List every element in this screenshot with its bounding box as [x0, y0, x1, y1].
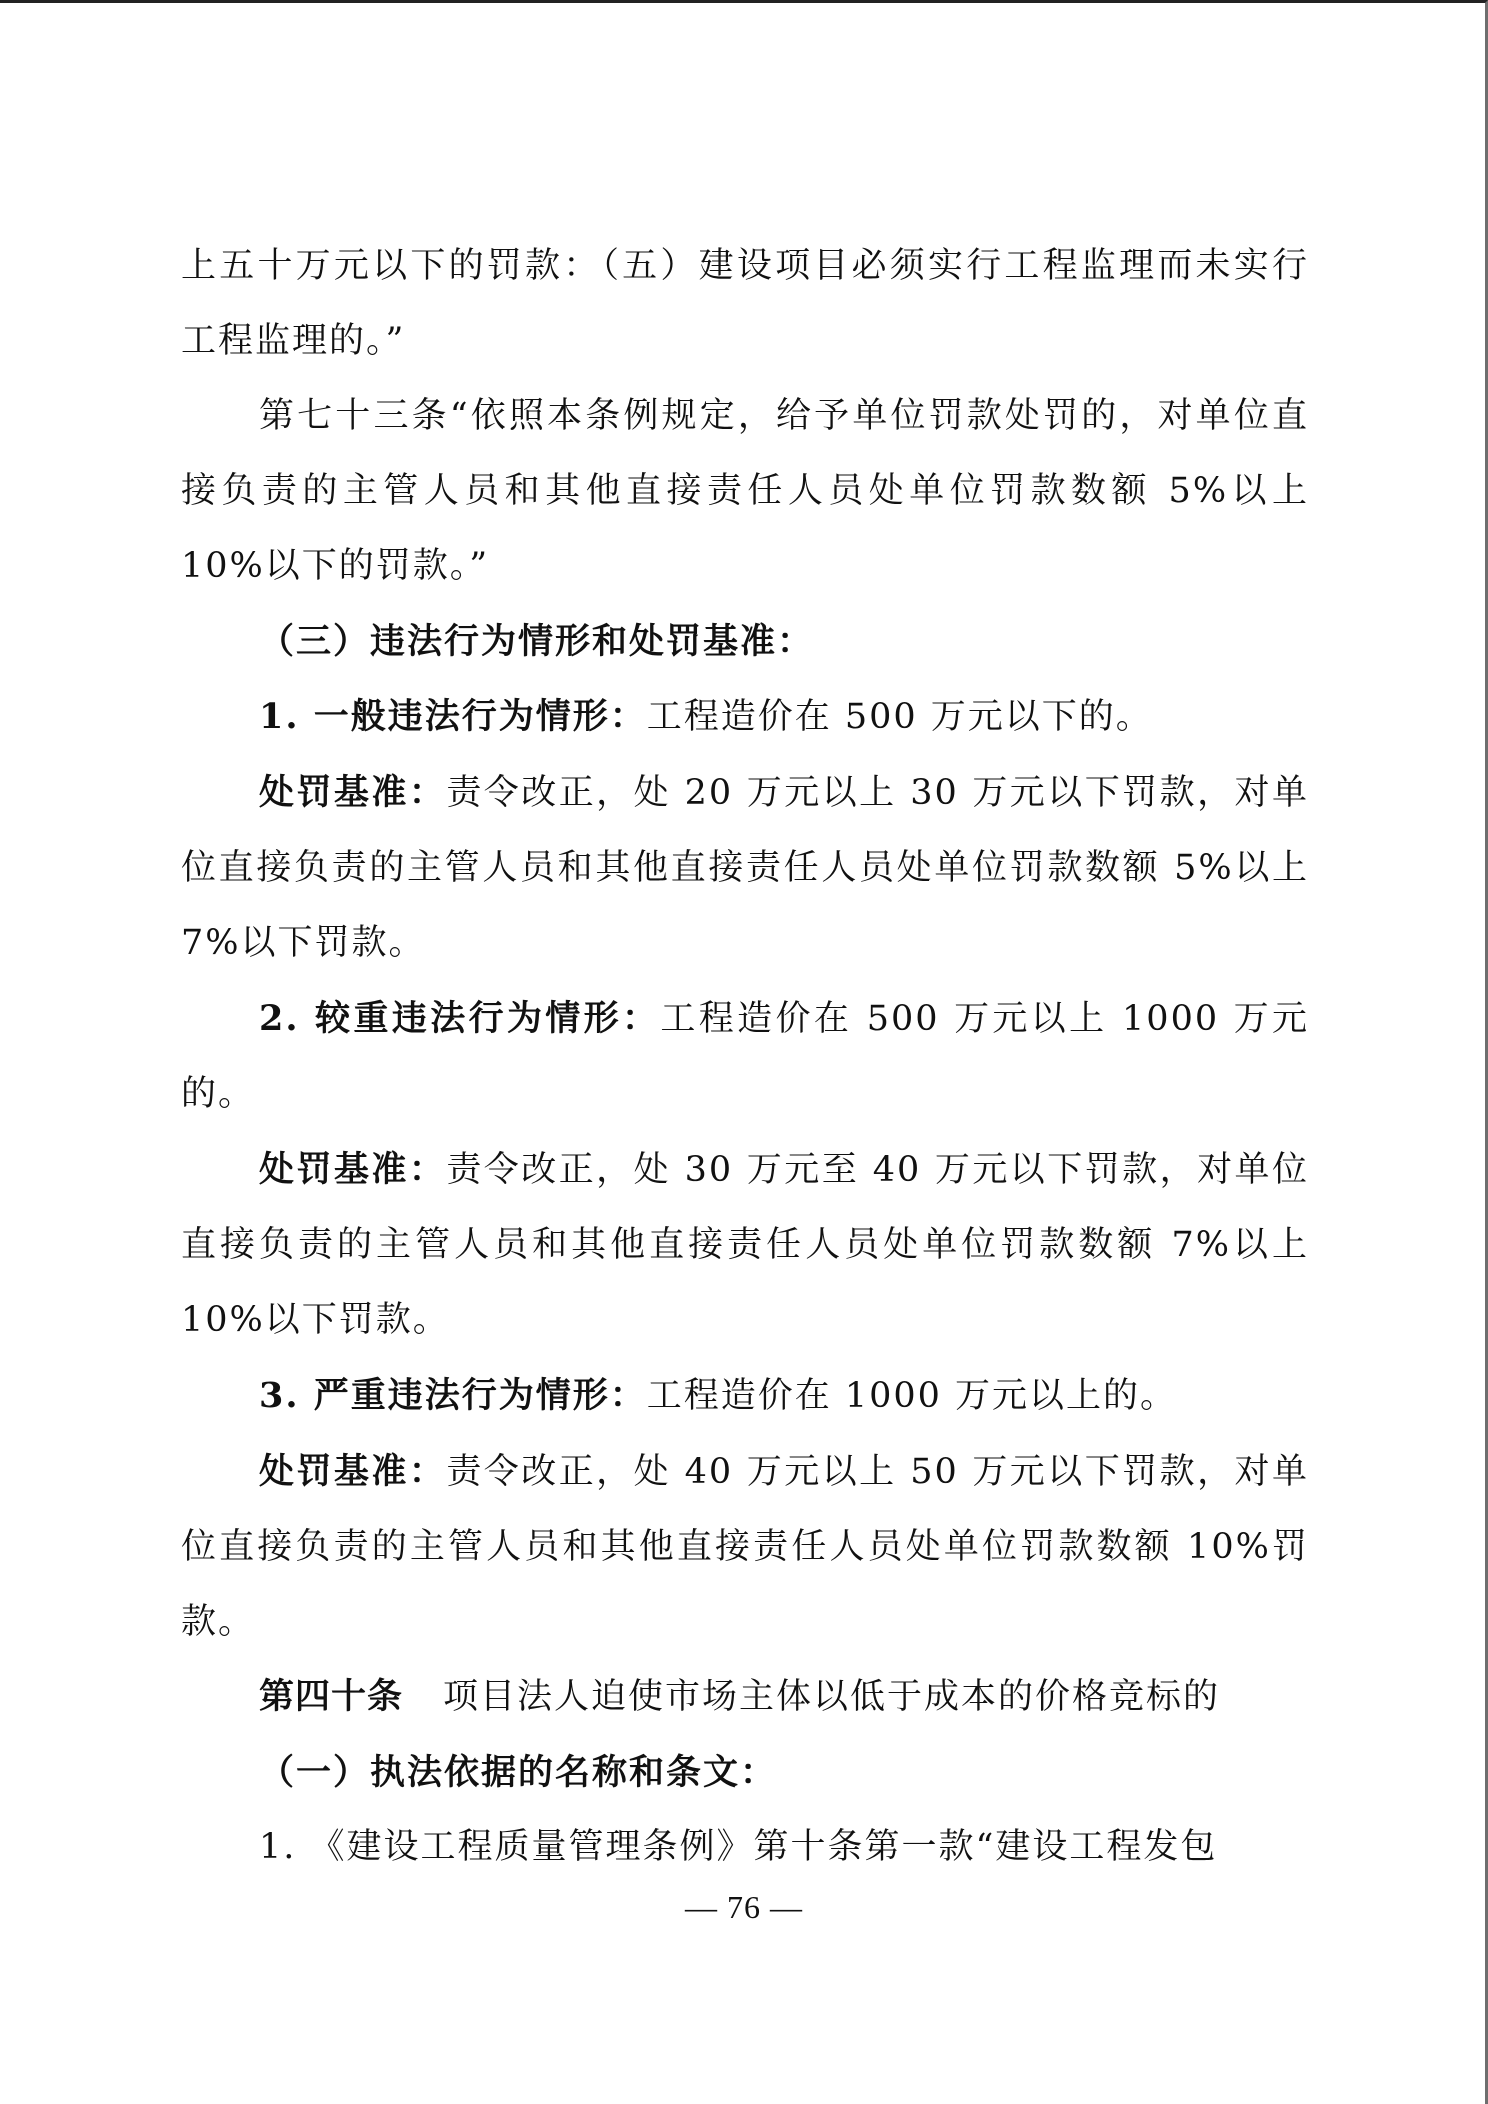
penalty-label: 处罚基准：: [259, 772, 446, 813]
article-40-heading: 第四十条项目法人迫使市场主体以低于成本的价格竞标的: [181, 1660, 1309, 1735]
paragraph-text: 上五十万元以下的罚款：（五）建设项目必须实行工程监理而未实行工程监理的。”: [181, 246, 1309, 361]
case-serious: 2. 较重违法行为情形：工程造价在 500 万元以上 1000 万元的。: [181, 981, 1309, 1132]
paragraph-continuation: 上五十万元以下的罚款：（五）建设项目必须实行工程监理而未实行工程监理的。”: [181, 229, 1309, 379]
article-label: 第四十条: [259, 1677, 403, 1717]
case-label: 3. 严重违法行为情形：: [259, 1375, 647, 1416]
penalty-label: 处罚基准：: [259, 1451, 446, 1492]
document-body: 上五十万元以下的罚款：（五）建设项目必须实行工程监理而未实行工程监理的。” 第七…: [181, 229, 1309, 1885]
case-label: 1. 一般违法行为情形：: [259, 696, 647, 737]
penalty-label: 处罚基准：: [259, 1149, 446, 1190]
page-number: — 76 —: [0, 1889, 1488, 1926]
legal-basis-item-1: 1. 《建设工程质量管理条例》第十条第一款“建设工程发包: [181, 1810, 1309, 1885]
heading-text: （三）违法行为情形和处罚基准：: [259, 621, 814, 662]
section-heading-legal-basis: （一）执法依据的名称和条文：: [181, 1735, 1309, 1810]
article-title: 项目法人迫使市场主体以低于成本的价格竞标的: [443, 1677, 1220, 1717]
penalty-serious: 处罚基准：责令改正，处 30 万元至 40 万元以下罚款，对单位直接负责的主管人…: [181, 1132, 1309, 1358]
case-text: 工程造价在 1000 万元以上的。: [647, 1376, 1177, 1416]
case-general: 1. 一般违法行为情形：工程造价在 500 万元以下的。: [181, 679, 1309, 755]
paragraph-text: 1. 《建设工程质量管理条例》第十条第一款“建设工程发包: [259, 1827, 1217, 1867]
paragraph-text: 第七十三条“依照本条例规定，给予单位罚款处罚的，对单位直接负责的主管人员和其他直…: [181, 396, 1309, 586]
case-label: 2. 较重违法行为情形：: [259, 998, 660, 1039]
paragraph-article-73: 第七十三条“依照本条例规定，给予单位罚款处罚的，对单位直接负责的主管人员和其他直…: [181, 379, 1309, 604]
section-heading-violation-cases: （三）违法行为情形和处罚基准：: [181, 604, 1309, 679]
case-severe: 3. 严重违法行为情形：工程造价在 1000 万元以上的。: [181, 1358, 1309, 1434]
case-text: 工程造价在 500 万元以下的。: [647, 697, 1153, 737]
penalty-severe: 处罚基准：责令改正，处 40 万元以上 50 万元以下罚款，对单位直接负责的主管…: [181, 1434, 1309, 1660]
document-page: 上五十万元以下的罚款：（五）建设项目必须实行工程监理而未实行工程监理的。” 第七…: [0, 0, 1488, 2104]
heading-text: （一）执法依据的名称和条文：: [259, 1752, 777, 1793]
penalty-general: 处罚基准：责令改正，处 20 万元以上 30 万元以下罚款，对单位直接负责的主管…: [181, 755, 1309, 981]
